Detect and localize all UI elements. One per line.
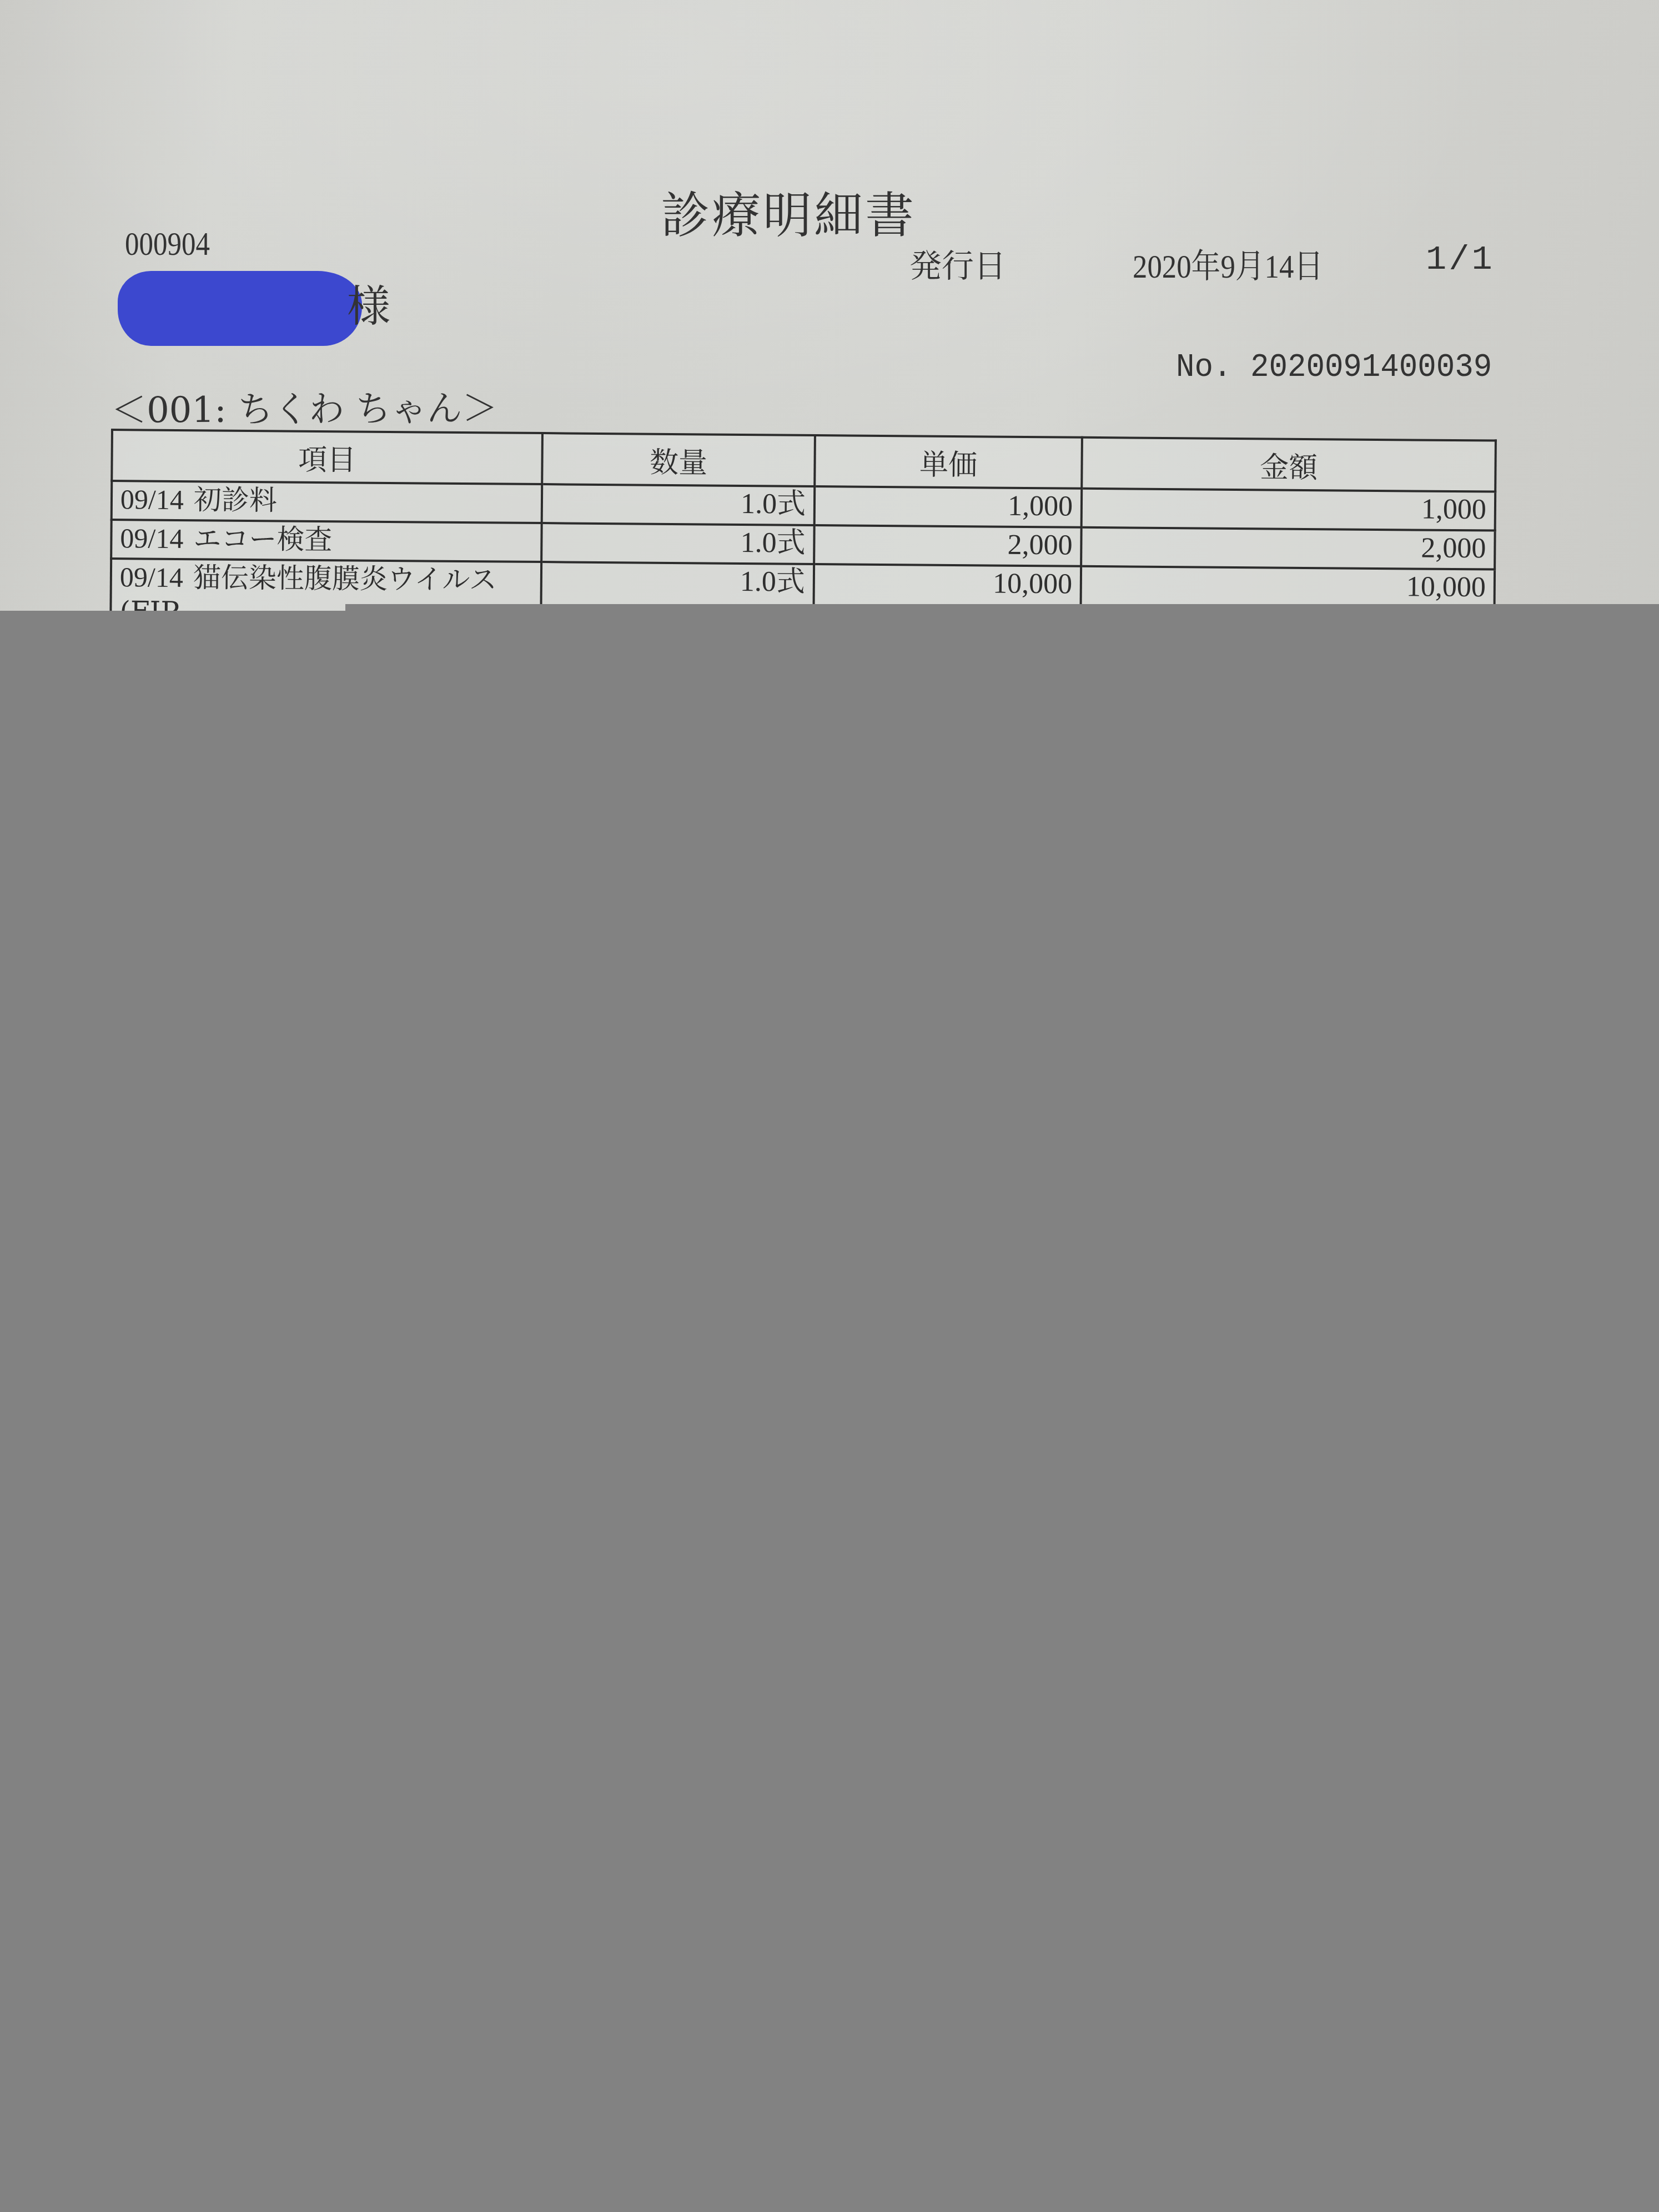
quantity-cell: 1.0式 bbox=[542, 484, 815, 525]
quantity-cell: 1.0式 bbox=[541, 523, 815, 564]
gray-mask-region bbox=[0, 611, 1659, 2212]
unit-price-cell: 1,000 bbox=[815, 486, 1082, 527]
page-number: 1/1 bbox=[1426, 240, 1495, 279]
item-name: 初診料 bbox=[194, 484, 277, 516]
header-unit-price: 単価 bbox=[815, 435, 1082, 489]
header-amount: 金額 bbox=[1082, 438, 1496, 492]
item-cell: 09/14初診料 bbox=[112, 481, 542, 523]
document-title: 診療明細書 bbox=[661, 177, 916, 247]
amount-cell: 1,000 bbox=[1082, 489, 1495, 531]
item-cell: 09/14エコー検査 bbox=[111, 520, 541, 562]
header-item: 項目 bbox=[112, 430, 542, 484]
issue-date: 2020年9月14日 bbox=[1133, 240, 1323, 288]
item-date: 09/14 bbox=[120, 522, 183, 554]
patient-label: ＜001: ちくわ ちゃん＞ bbox=[111, 380, 498, 433]
customer-number: 000904 bbox=[125, 225, 210, 263]
header-quantity: 数量 bbox=[542, 433, 815, 486]
item-name: エコー検査 bbox=[193, 522, 332, 556]
redacted-customer-name bbox=[118, 271, 362, 346]
issue-date-label: 発行日 bbox=[909, 240, 1006, 286]
customer-honorific: 様 bbox=[347, 272, 390, 334]
item-date: 09/14 bbox=[120, 484, 184, 515]
item-date: 09/14 bbox=[120, 561, 183, 593]
unit-price-cell: 2,000 bbox=[814, 525, 1082, 566]
statement-number: No. 2020091400039 bbox=[1176, 349, 1492, 386]
amount-cell: 2,000 bbox=[1081, 527, 1495, 570]
